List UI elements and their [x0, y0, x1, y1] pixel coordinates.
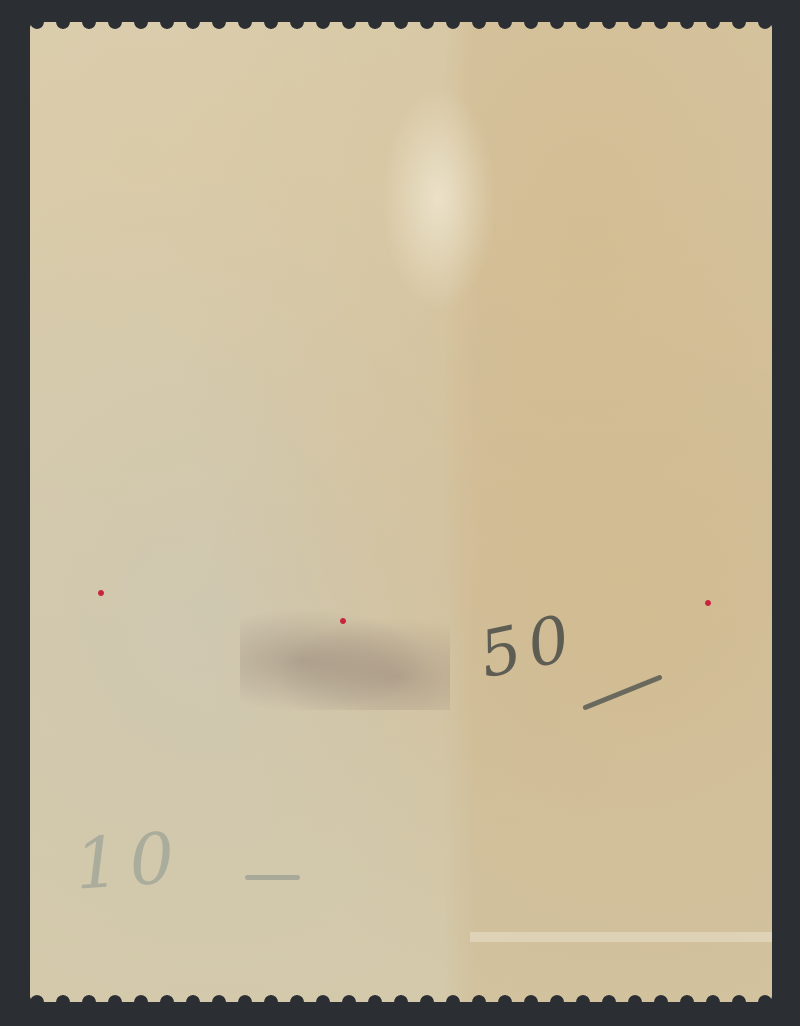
faint-pencil-marking: 10: [72, 816, 187, 905]
red-fiber: [98, 590, 104, 596]
faint-pencil-dash: [245, 875, 300, 880]
ink-smudge: [240, 600, 450, 710]
red-fiber: [340, 618, 346, 624]
red-fiber: [705, 600, 711, 606]
paper-strip: [470, 932, 772, 942]
